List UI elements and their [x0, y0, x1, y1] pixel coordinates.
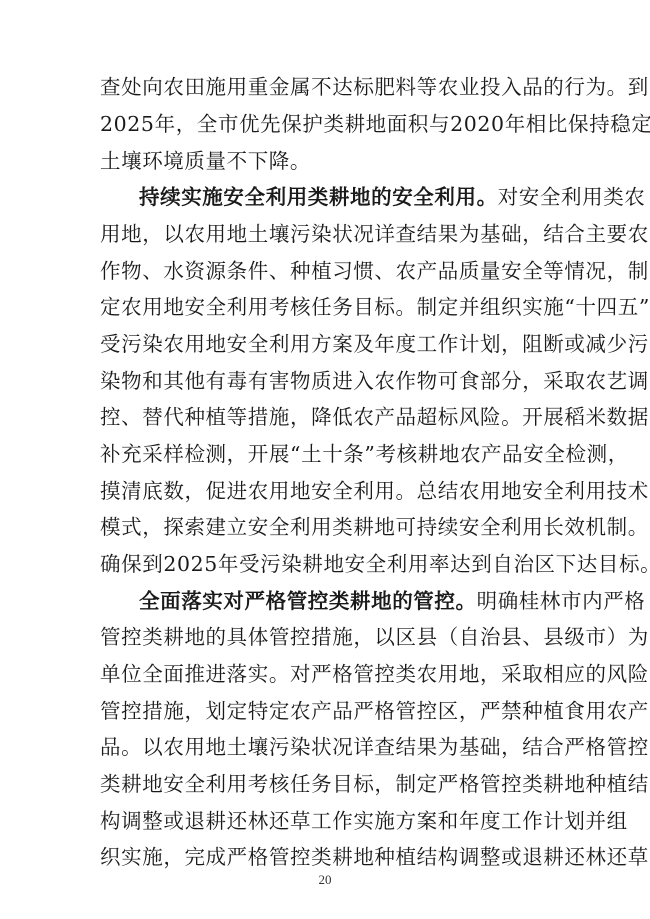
- text-line: 染物和其他有毒有害物质进入农作物可食部分，采取农艺调: [100, 366, 552, 396]
- text-line: 品。以农用地土壤污染状况详查结果为基础，结合严格管控: [100, 732, 552, 762]
- text-line: 构调整或退耕还林还草工作实施方案和年度工作计划并组: [100, 806, 552, 836]
- text-line: 模式，探索建立安全利用类耕地可持续安全利用长效机制。: [100, 512, 552, 542]
- page-number: 20: [0, 872, 650, 888]
- text-line: 定农用地安全利用考核任务目标。制定并组织实施“十四五”: [100, 292, 552, 322]
- text-line: 控、替代种植等措施，降低农产品超标风险。开展稻米数据: [100, 402, 552, 432]
- text-line: 管控措施，划定特定农产品严格管控区，严禁种植食用农产: [100, 696, 552, 726]
- text-line: 织实施，完成严格管控类耕地种植结构调整或退耕还林还草: [100, 842, 552, 872]
- paragraph-heading: 全面落实对严格管控类耕地的管控。: [139, 586, 477, 616]
- paragraph-first-line: 持续实施安全利用类耕地的安全利用。对安全利用类农: [139, 182, 552, 212]
- text-line: 管控类耕地的具体管控措施，以区县（自治县、县级市）为: [100, 622, 552, 652]
- text-line: 补充采样检测，开展“土十条”考核耕地农产品安全检测，: [100, 439, 552, 469]
- text-run: 明确桂林市内严格: [477, 586, 646, 616]
- text-run: 对安全利用类农: [498, 182, 646, 212]
- text-line: 摸清底数，促进农用地安全利用。总结农用地安全利用技术: [100, 476, 552, 506]
- text-line: 2025年，全市优先保护类耕地面积与2020年相比保持稳定，: [100, 109, 552, 139]
- text-line: 单位全面推进落实。对严格管控类农用地，采取相应的风险: [100, 659, 552, 689]
- document-page: 查处向农田施用重金属不达标肥料等农业投入品的行为。到 2025年，全市优先保护类…: [0, 0, 650, 919]
- text-line: 土壤环境质量不下降。: [100, 146, 552, 176]
- text-line: 查处向农田施用重金属不达标肥料等农业投入品的行为。到: [100, 72, 552, 102]
- paragraph-heading: 持续实施安全利用类耕地的安全利用。: [139, 182, 498, 212]
- text-line: 类耕地安全利用考核任务目标，制定严格管控类耕地种植结: [100, 769, 552, 799]
- text-line: 受污染农用地安全利用方案及年度工作计划，阻断或减少污: [100, 329, 552, 359]
- text-line: 用地，以农用地土壤污染状况详查结果为基础，结合主要农: [100, 219, 552, 249]
- text-line: 作物、水资源条件、种植习惯、农产品质量安全等情况，制: [100, 256, 552, 286]
- text-line: 确保到2025年受污染耕地安全利用率达到自治区下达目标。: [100, 549, 552, 579]
- paragraph-first-line: 全面落实对严格管控类耕地的管控。明确桂林市内严格: [139, 586, 552, 616]
